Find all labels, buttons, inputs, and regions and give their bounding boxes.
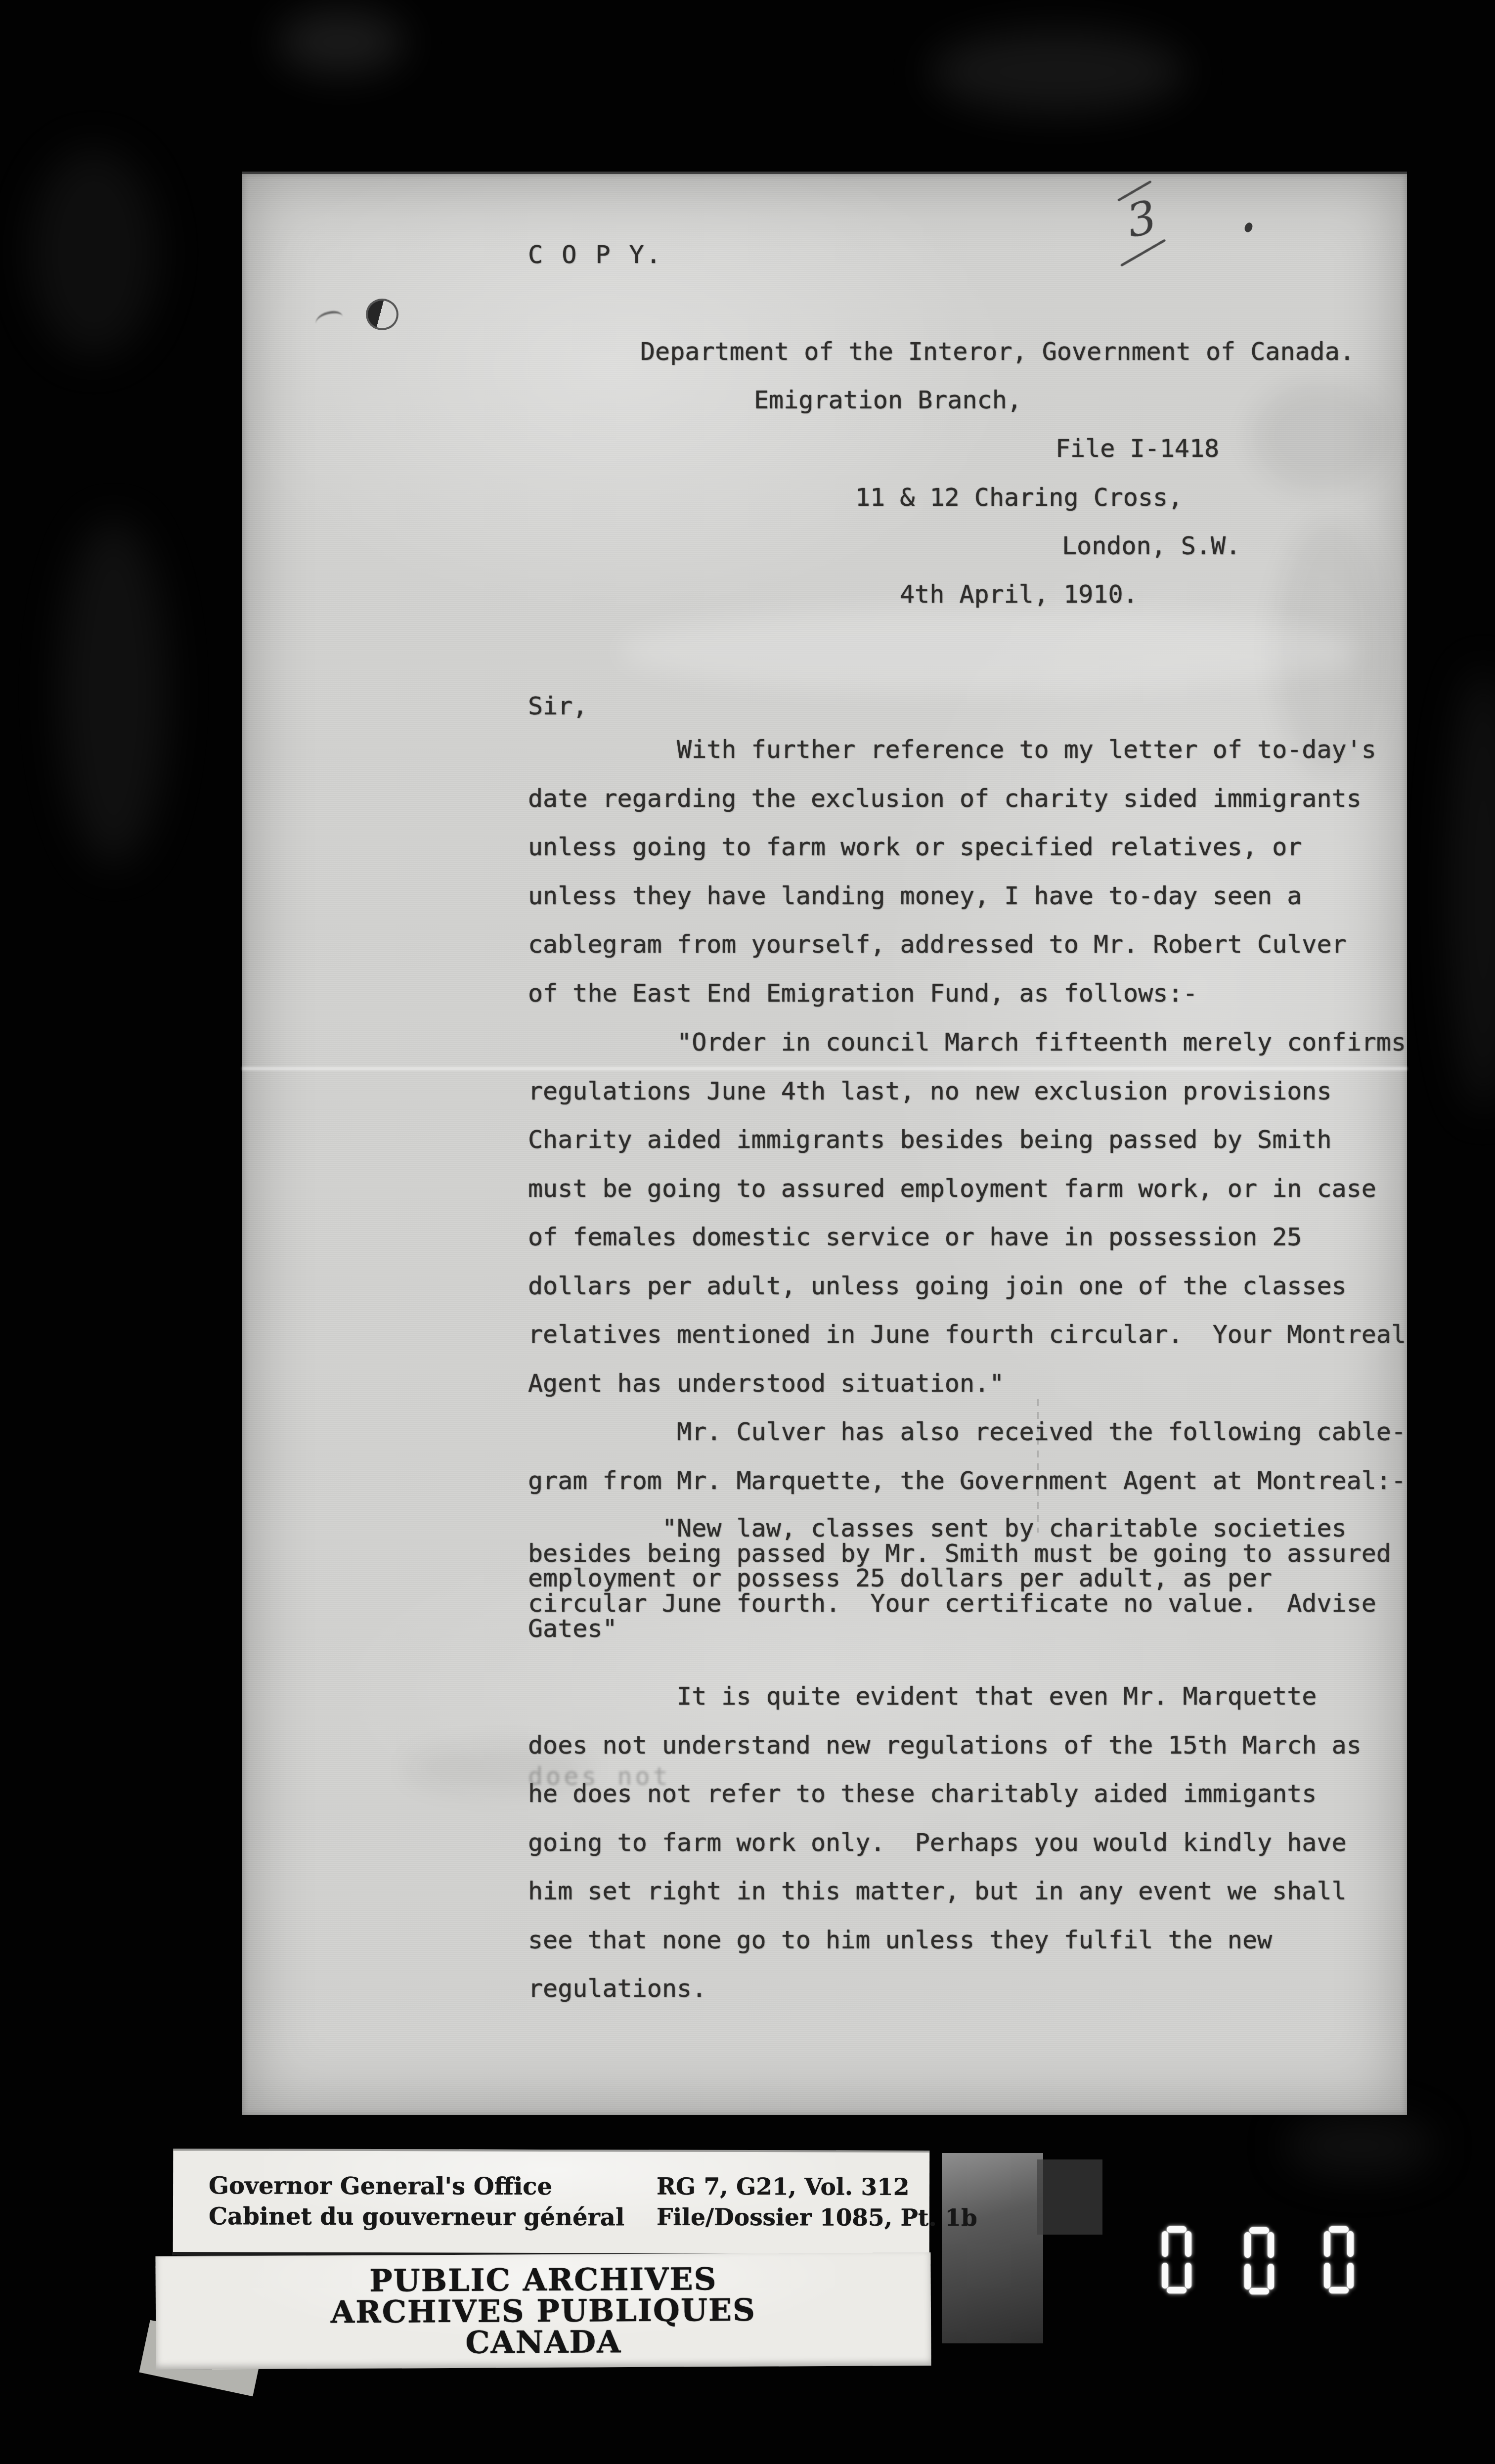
letterhead-branch: Emigration Branch,: [754, 388, 1022, 412]
letterhead-address-line2: London, S.W.: [1062, 533, 1240, 558]
light-smudge: [618, 609, 1360, 693]
film-noise-blob: [1285, 2116, 1434, 2175]
paragraph-3: Mr. Culver has also received the followi…: [528, 1408, 1406, 1505]
segment-icon: [1268, 2232, 1274, 2258]
archive-name-en: PUBLIC ARCHIVES: [369, 2263, 717, 2296]
letterhead-date: 4th April, 1910.: [900, 582, 1138, 607]
archive-name-fr: ARCHIVES PUBLIQUES: [331, 2294, 756, 2328]
letterhead-department: Department of the Interor, Government of…: [640, 339, 1355, 364]
paragraph-1: With further reference to my letter of t…: [528, 725, 1376, 1017]
fonds-title-fr: Cabinet du gouverneur général: [209, 2201, 624, 2233]
segment-icon: [1329, 2226, 1349, 2233]
archive-stamp-card: PUBLIC ARCHIVES ARCHIVES PUBLIQUES CANAD…: [155, 2252, 931, 2370]
paragraph-5: It is quite evident that even Mr. Marque…: [528, 1672, 1362, 2013]
segment-icon: [1249, 2227, 1269, 2234]
reference-numbers: RG 7, G21, Vol. 312 File/Dossier 1085, P…: [657, 2172, 977, 2234]
segment-icon: [1244, 2264, 1251, 2289]
crease-line: [1037, 1399, 1039, 1533]
segment-icon: [1244, 2232, 1251, 2258]
segment-icon: [1329, 2287, 1349, 2293]
archive-country: CANADA: [465, 2326, 621, 2358]
film-noise-blob: [929, 30, 1187, 114]
salutation: Sir,: [528, 694, 587, 718]
microfilm-frame: 3 C O P Y. Department of the Interor, Go…: [0, 0, 1495, 2464]
segment-icon: [1185, 2231, 1191, 2257]
counter-digit: [1244, 2227, 1274, 2294]
film-noise-blob: [59, 519, 168, 865]
segment-icon: [1162, 2231, 1168, 2257]
handwritten-page-number: 3: [1122, 190, 1162, 248]
segment-icon: [1347, 2263, 1354, 2288]
film-noise-blob: [277, 10, 405, 74]
segment-icon: [1249, 2288, 1269, 2294]
fonds-title-en: Governor General's Office: [209, 2170, 624, 2202]
segment-icon: [1167, 2226, 1187, 2233]
archive-label-card: Governor General's Office Cabinet du gou…: [173, 2149, 930, 2257]
film-noise-blob: [1449, 667, 1495, 1112]
segment-icon: [1347, 2231, 1354, 2257]
label-stand-shadow: [1037, 2159, 1102, 2235]
ink-dot: [1243, 221, 1254, 233]
fonds-title-bilingual: Governor General's Office Cabinet du gou…: [209, 2170, 625, 2233]
film-noise-blob: [30, 148, 158, 356]
record-group-reference: RG 7, G21, Vol. 312: [657, 2172, 977, 2203]
counter-digit: [1162, 2226, 1191, 2293]
segment-icon: [1268, 2264, 1274, 2289]
letterhead-address-line1: 11 & 12 Charing Cross,: [855, 485, 1183, 510]
punch-hole-mark: [366, 299, 398, 330]
paragraph-2-cablegram-quote: "Order in council March fifteenth merely…: [528, 1018, 1406, 1408]
letter-page: 3 C O P Y. Department of the Interor, Go…: [242, 174, 1407, 2115]
bleedthrough-smudge: [1251, 382, 1389, 490]
segment-icon: [1324, 2231, 1330, 2257]
file-dossier-reference: File/Dossier 1085, Pt. 1b: [657, 2202, 977, 2234]
counter-digit: [1324, 2226, 1354, 2293]
segment-icon: [1185, 2263, 1191, 2288]
paragraph-4-cablegram-quote: "New law, classes sent by charitable soc…: [528, 1516, 1391, 1641]
handwritten-digit: 3: [1122, 190, 1162, 248]
segment-icon: [1167, 2287, 1187, 2293]
ghost-typewriter-offset: does not: [528, 1762, 671, 1791]
letterhead-file-reference: File I-1418: [1055, 436, 1219, 461]
copy-label: C O P Y.: [528, 242, 663, 267]
ink-scribble: [314, 309, 344, 330]
segment-icon: [1162, 2263, 1168, 2288]
segment-icon: [1324, 2263, 1330, 2288]
